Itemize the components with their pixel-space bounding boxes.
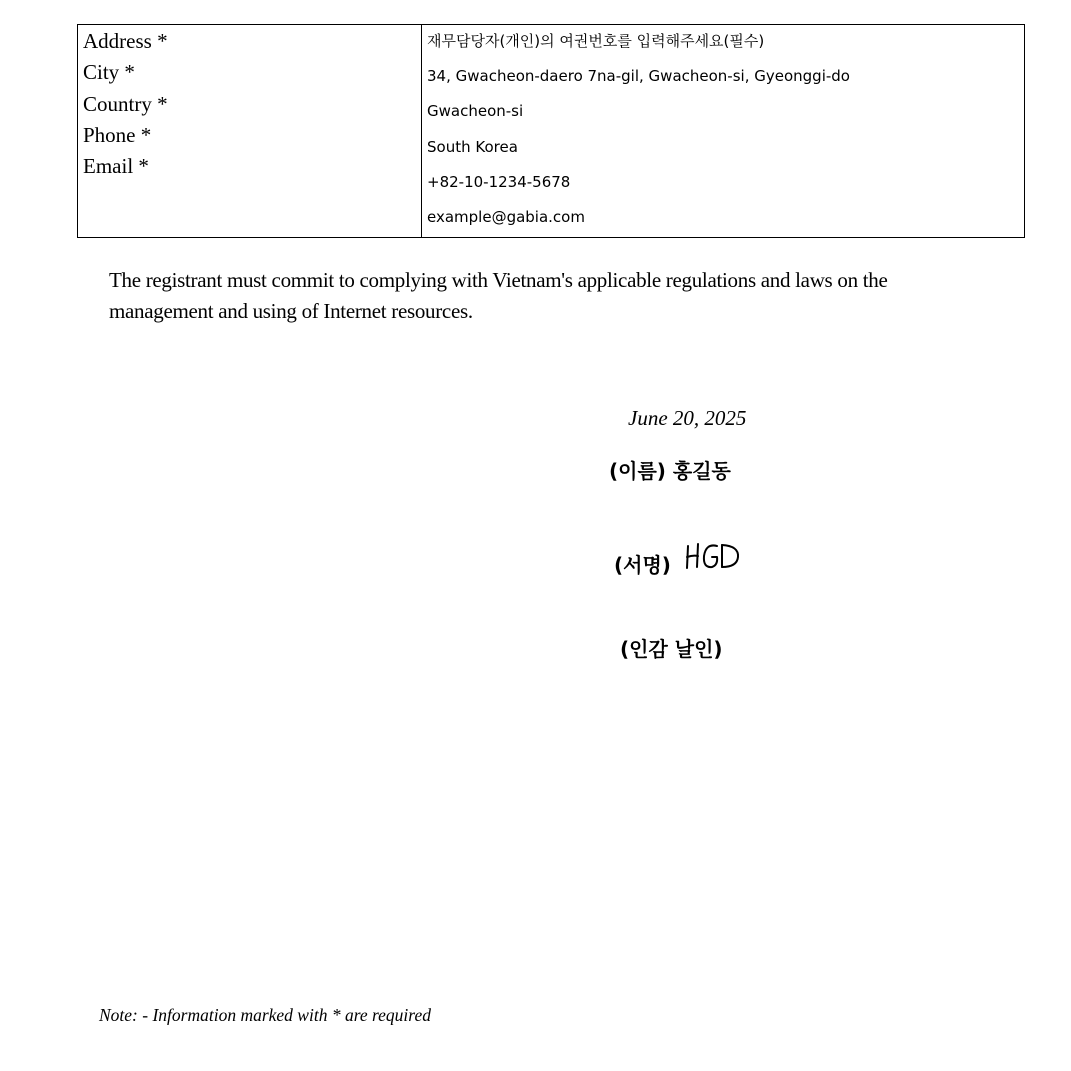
value-phone: +82-10-1234-5678 [427, 172, 1024, 207]
seal-line: (인감 날인) [620, 633, 723, 662]
value-country: South Korea [427, 137, 1024, 172]
handwritten-signature [684, 540, 742, 579]
label-address: Address * [83, 26, 421, 57]
signature-date: June 20, 2025 [628, 406, 746, 431]
field-labels-column: Address * City * Country * Phone * Email… [78, 25, 422, 237]
label-city: City * [83, 57, 421, 88]
label-phone: Phone * [83, 120, 421, 151]
value-passport-instruction: 재무담당자(개인)의 여권번호를 입력해주세요(필수) [427, 31, 1024, 66]
value-email: example@gabia.com [427, 207, 1024, 242]
name-line: (이름) 홍길동 [609, 455, 731, 484]
contact-info-table: Address * City * Country * Phone * Email… [77, 24, 1025, 238]
value-address: 34, Gwacheon-daero 7na-gil, Gwacheon-si,… [427, 66, 1024, 101]
label-country: Country * [83, 89, 421, 120]
label-email: Email * [83, 151, 421, 182]
field-values-column: 재무담당자(개인)의 여권번호를 입력해주세요(필수) 34, Gwacheon… [422, 25, 1024, 237]
signature-label: (서명) [614, 553, 671, 577]
required-fields-note: Note: - Information marked with * are re… [99, 1005, 431, 1026]
value-city: Gwacheon-si [427, 101, 1024, 136]
signature-line: (서명) [614, 540, 742, 579]
commitment-statement: The registrant must commit to complying … [109, 265, 969, 327]
